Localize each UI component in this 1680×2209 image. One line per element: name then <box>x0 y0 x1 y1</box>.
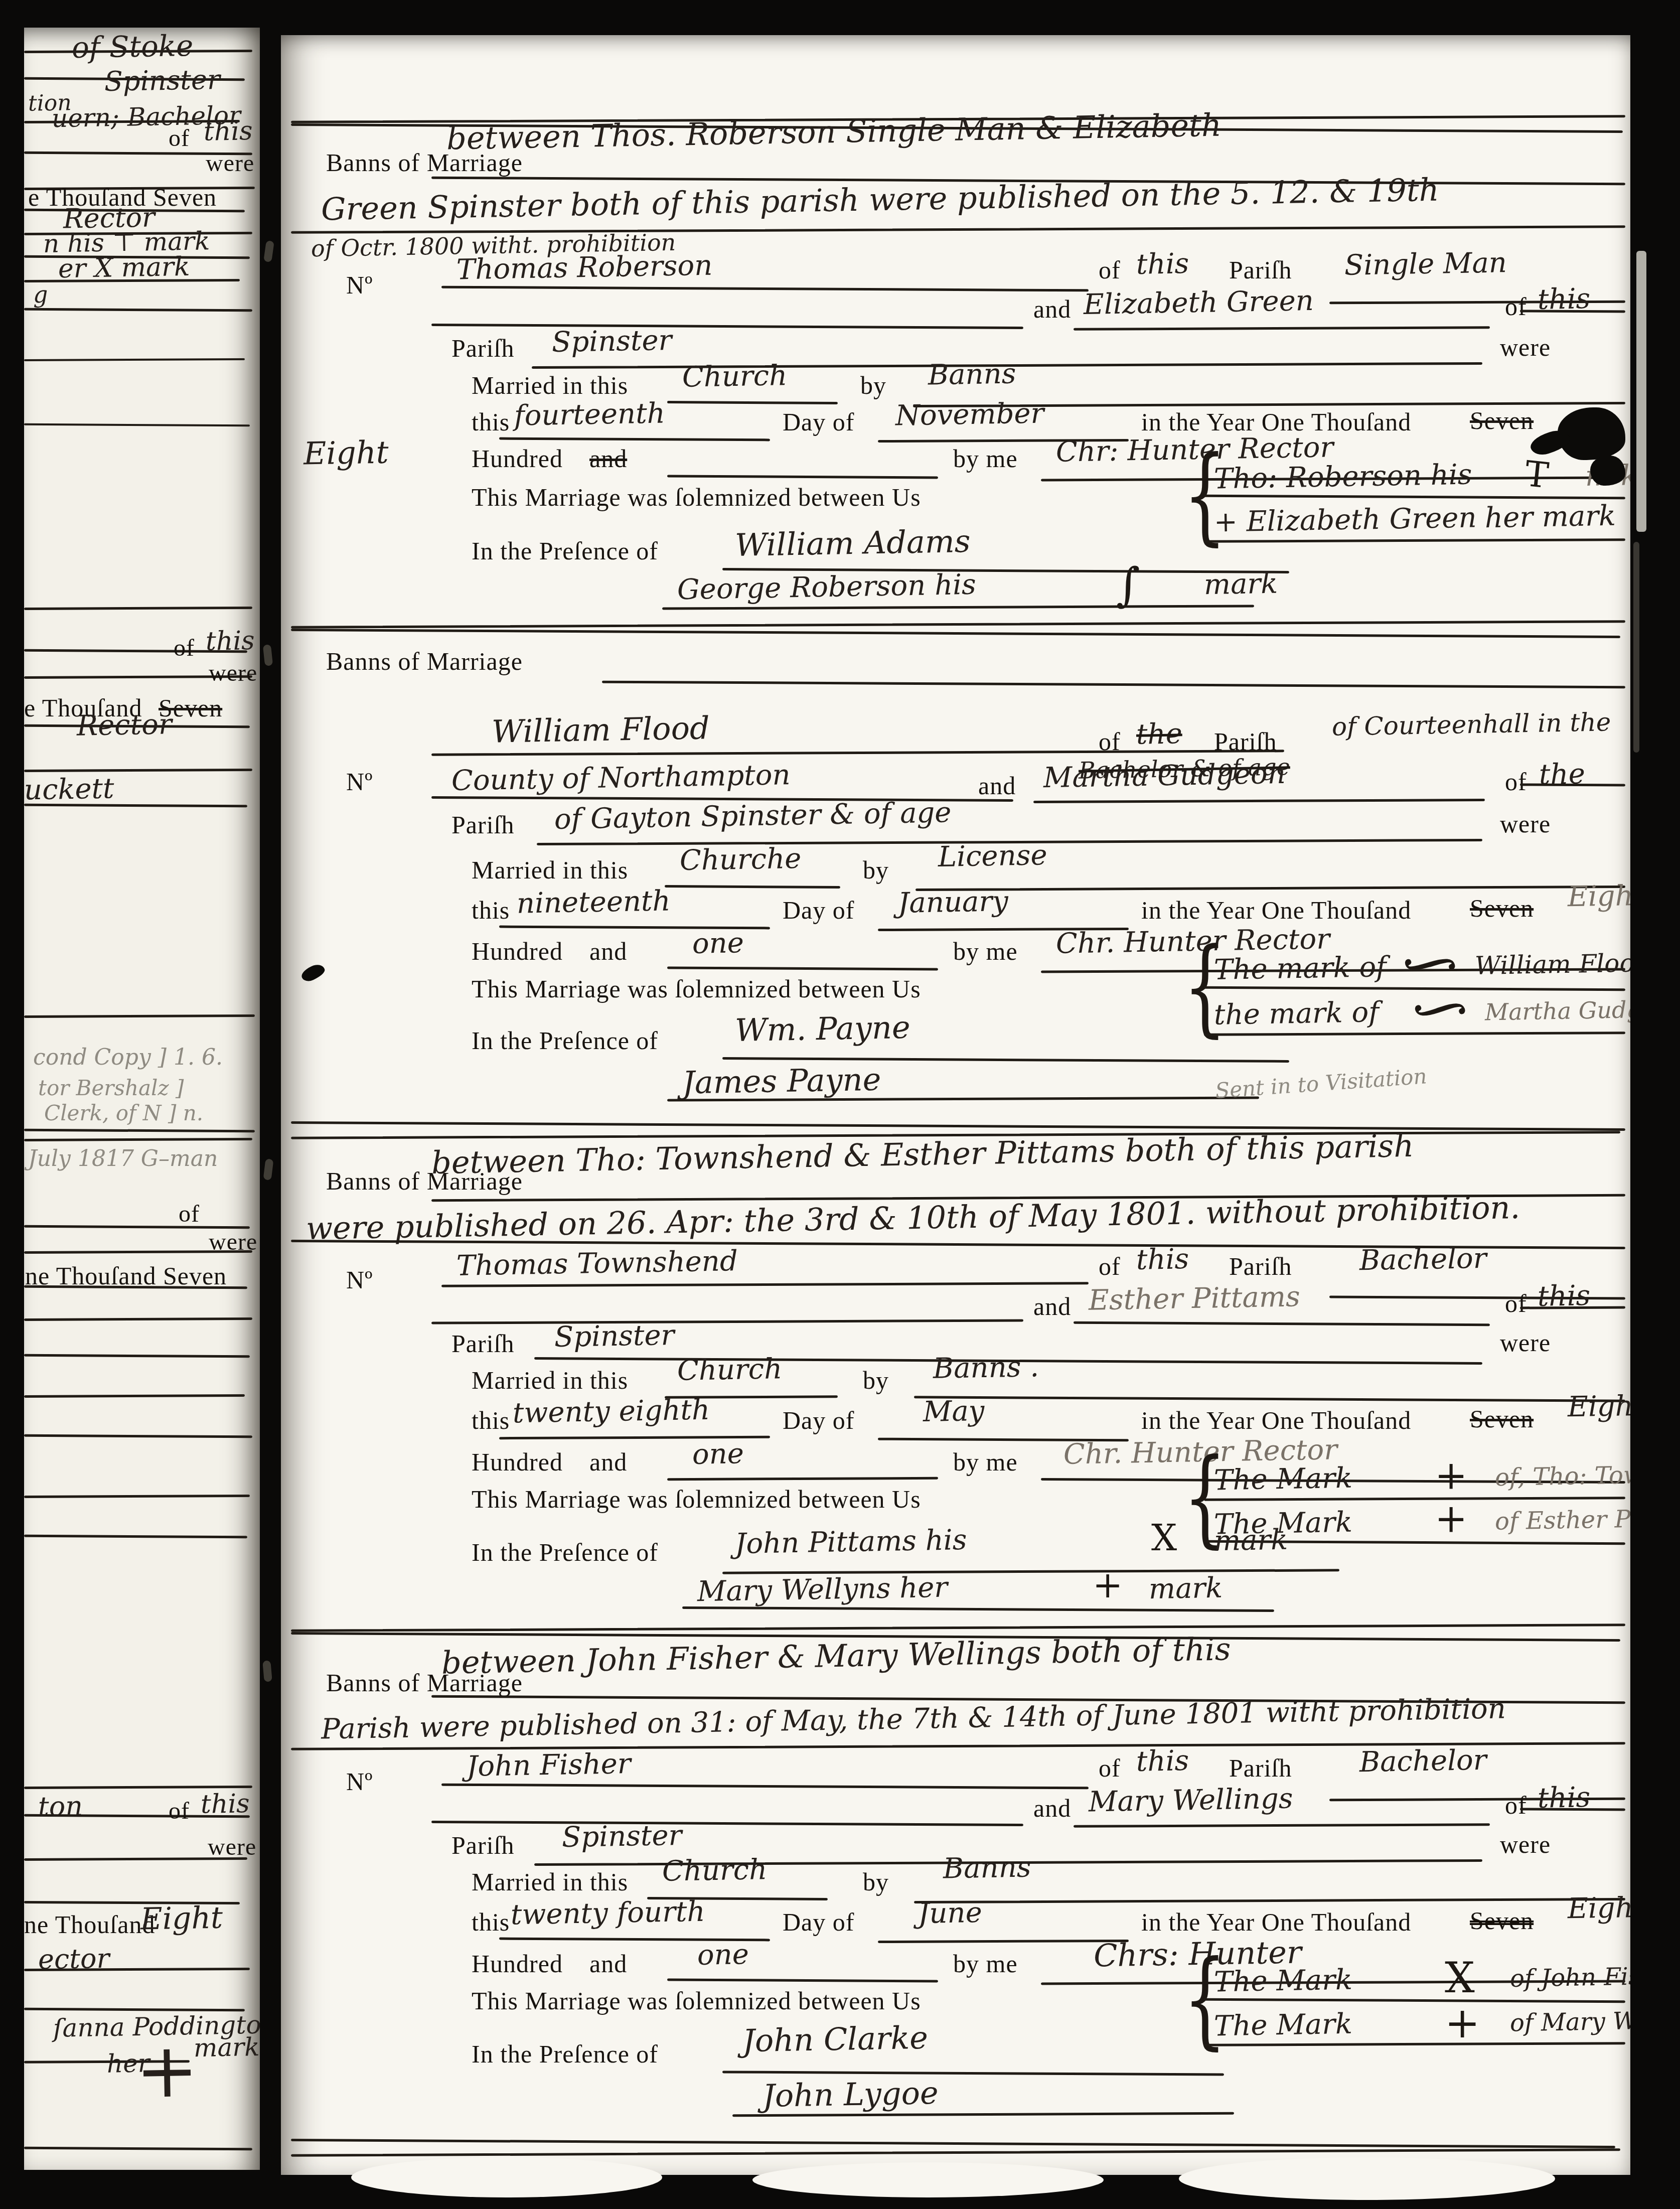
pencil-annotation: Sent in to Visitation <box>1214 1065 1428 1102</box>
entry1-were-label: were <box>1500 334 1551 361</box>
ruled-line <box>431 324 1023 329</box>
ruled-line <box>431 750 1284 756</box>
left-page-fragment: cond Copy ] 1. 6. <box>33 1046 223 1069</box>
entry2-by-label: by <box>863 857 889 883</box>
entry4-bride-name: Mary Wellings <box>1089 1784 1293 1817</box>
entry1-sig1-left: Tho: Roberson his <box>1214 461 1472 495</box>
ruled-line <box>24 1014 255 1018</box>
entry4-eight-margin: Eight <box>1567 1893 1630 1924</box>
entry2-married-by: License <box>938 841 1048 872</box>
entry2-of2-label: of <box>1505 769 1527 795</box>
left-page-fragment: ne Thouſand Seven <box>25 1263 227 1289</box>
entry2-and2-label: and <box>589 938 627 965</box>
entry1-eight-margin: Eight <box>303 436 389 470</box>
ruled-line <box>722 2071 1224 2076</box>
ruled-line <box>667 1477 938 1481</box>
left-page-fragment: ector <box>38 1945 110 1974</box>
entry4-were-label: were <box>1500 1831 1551 1858</box>
page-edge-wave <box>752 2162 1104 2197</box>
entry1-solemnized-label: This Marriage was ſolemnized between Us <box>472 484 921 511</box>
entry1-parish2-label: Pariſh <box>451 335 514 362</box>
left-page-fragment: tor Bershalz ] <box>38 1077 184 1099</box>
entry4-hundred-value: one <box>697 1940 749 1971</box>
entry1-of-label: of <box>1099 257 1121 283</box>
entry4-banns-label: Banns of Marriage <box>326 1670 523 1696</box>
entry4-header-line2: Parish were published on 31: of May, the… <box>321 1694 1506 1744</box>
entry3-hundred-value: one <box>692 1439 744 1470</box>
entry1-sig1-mark: T <box>1523 456 1550 495</box>
entry4-of-label: of <box>1099 1755 1121 1782</box>
ruled-line <box>24 358 245 361</box>
ruled-line <box>24 1535 247 1538</box>
entry2-eight-margin: Eight <box>1567 881 1630 912</box>
ruled-line <box>1520 1808 1625 1811</box>
entry2-groom-name: William Flood <box>491 711 710 748</box>
entry1-and2-label: and <box>589 446 627 472</box>
ruled-line <box>24 423 250 426</box>
ruled-line <box>682 1606 1274 1612</box>
entry3-married-label: Married in this <box>472 1367 628 1394</box>
entry2-this-label: this <box>472 897 510 924</box>
ruled-line <box>667 967 938 971</box>
entry1-day: fourteenth <box>514 399 666 431</box>
entry3-solemnized-label: This Marriage was ſolemnized between Us <box>472 1486 921 1513</box>
left-page-fragment: of <box>179 1202 200 1227</box>
entry2-day: nineteenth <box>517 887 671 919</box>
entry1-witness2-left: George Roberson his <box>677 570 977 605</box>
entry4-parish-label: Pariſh <box>1229 1755 1292 1782</box>
book-edge-highlight <box>1636 251 1646 532</box>
entry2-no-label: Nº <box>346 769 373 795</box>
ruled-line <box>1520 310 1625 313</box>
entry1-this-label: this <box>472 409 510 435</box>
ruled-line <box>667 1979 938 1983</box>
left-page-fragment: uckett <box>24 774 114 805</box>
page-bottom-rule <box>291 2139 1615 2148</box>
left-page-fragment: of <box>169 126 190 151</box>
entry3-and2-label: and <box>589 1449 627 1476</box>
entry1-parish-label: Pariſh <box>1229 257 1292 283</box>
ruled-line <box>24 1786 252 1789</box>
entry4-this-label: this <box>472 1909 510 1936</box>
ruled-line <box>24 308 252 312</box>
left-page-fragment: were <box>209 1230 257 1255</box>
ruled-line <box>1204 1497 1625 1501</box>
ruled-line <box>667 475 938 479</box>
entry2-sig1-mark: ∫ <box>1404 943 1462 984</box>
ruled-line <box>24 1129 255 1132</box>
entry4-presence-label: In the Preſence of <box>472 2041 658 2068</box>
ink-blot <box>1590 456 1625 486</box>
entry3-sig2-mark: + <box>1435 1499 1467 1540</box>
entry3-of-label: of <box>1099 1253 1121 1280</box>
entry2-groom-rest: of Courteenhall in the <box>1332 709 1611 740</box>
entry2-solemnized-label: This Marriage was ſolemnized between Us <box>472 976 921 1002</box>
entry4-hundred-label: Hundred <box>472 1951 563 1977</box>
ruled-line <box>1204 538 1625 543</box>
ruled-line <box>441 1282 1089 1287</box>
ruled-line <box>1204 986 1625 991</box>
left-page-fragment: July 1817 G–man <box>28 1147 218 1170</box>
entry4-sig1-right: of John Fisher <box>1510 1963 1630 1991</box>
entry1-married-place: Church <box>682 361 788 392</box>
book-edge-shadow <box>1633 542 1639 753</box>
entry4-bride-condition: Spinster <box>562 1821 682 1853</box>
ruled-line <box>1033 799 1485 803</box>
entry4-sig2-right: of Mary Wellings <box>1510 2007 1630 2036</box>
entry4-byme-label: by me <box>953 1951 1018 1977</box>
entry3-married-place: Church <box>677 1355 783 1386</box>
entry3-parish-label: Pariſh <box>1229 1253 1292 1280</box>
entry3-year-label: in the Year One Thouſand <box>1141 1407 1411 1434</box>
left-page-fragment: g <box>33 282 48 307</box>
ruled-line <box>667 401 838 404</box>
left-page-fragment: of <box>174 636 195 661</box>
entry2-witness1: Wm. Payne <box>734 1011 910 1047</box>
entry3-no-label: Nº <box>346 1267 373 1293</box>
left-page-fragment: Spinster <box>104 66 221 96</box>
entry1-groom-parish: this <box>1136 249 1189 280</box>
entry3-bride-condition: Spinster <box>554 1321 675 1353</box>
entry3-banns-label: Banns of Marriage <box>326 1168 523 1195</box>
entry4-sig1-mark: X <box>1445 1956 1475 2000</box>
entry1-header-line1: between Thos. Roberson Single Man & Eliz… <box>446 109 1222 155</box>
ruled-line <box>1074 326 1490 331</box>
entry2-witness2: James Payne <box>682 1063 881 1099</box>
entry2-year-struck: Seven <box>1470 895 1534 922</box>
register-page: between Thos. Roberson Single Man & Eliz… <box>281 35 1630 2175</box>
entry1-bride-condition: Spinster <box>552 326 672 358</box>
ruled-line <box>1520 1306 1625 1309</box>
entry4-groom-name: John Fisher <box>467 1749 632 1782</box>
left-page-fragment: ne Thouſand <box>24 1911 155 1938</box>
ruled-line <box>1520 783 1625 786</box>
entry3-year-struck: Seven <box>1470 1406 1534 1432</box>
entry2-bride-condition: of Gayton Spinster & of age <box>554 798 952 835</box>
entry4-no-label: Nº <box>346 1769 373 1795</box>
entry2-month: January <box>898 887 1009 919</box>
entry3-by-label: by <box>863 1367 889 1394</box>
entry2-bride-name: Martha Gudgeon <box>1043 760 1286 793</box>
entry1-presence-label: In the Preſence of <box>472 538 658 564</box>
entry4-of2-label: of <box>1505 1792 1527 1819</box>
section-rule <box>291 1121 1625 1131</box>
entry1-of2-label: of <box>1505 293 1527 320</box>
entry4-day: twenty fourth <box>511 1897 705 1931</box>
entry4-header-line1: between John Fisher & Mary Wellings both… <box>441 1633 1231 1679</box>
entry1-hundred-label: Hundred <box>472 446 563 472</box>
entry3-witness2-mark: + <box>1093 1566 1123 1604</box>
ruled-line <box>431 1821 1023 1826</box>
entry4-year-struck: Seven <box>1470 1907 1534 1934</box>
entry4-and2-label: and <box>589 1951 627 1977</box>
entry4-married-place: Church <box>662 1855 768 1886</box>
entry3-sig1-right: of, Tho: Townshend <box>1495 1461 1630 1491</box>
entry4-month: June <box>918 1898 982 1929</box>
left-page-fragment: this <box>204 117 253 145</box>
entry4-witness2: John Lygoe <box>762 2077 939 2112</box>
left-page-fragment: this <box>201 1790 250 1818</box>
ruled-line <box>24 1138 252 1141</box>
ruled-line <box>24 1317 252 1321</box>
entry4-sig2-left: The Mark <box>1214 2010 1353 2042</box>
left-page-fragment: were <box>208 1835 256 1860</box>
entry2-groom-parish: the <box>1136 719 1182 750</box>
ink-blot <box>299 962 327 984</box>
section-rule <box>291 629 1620 638</box>
entry1-byme-label: by me <box>953 446 1018 472</box>
left-page-fragment: + <box>135 2031 199 2112</box>
entry1-no-label: Nº <box>346 272 373 299</box>
binding-stitch <box>262 1660 272 1682</box>
ruled-line <box>1074 1321 1490 1326</box>
entry3-groom-parish: this <box>1136 1245 1189 1275</box>
ruled-line <box>24 1354 250 1358</box>
ruled-line <box>914 1898 1625 1903</box>
entry3-presence-label: In the Preſence of <box>472 1539 658 1566</box>
entry4-year-label: in the Year One Thouſand <box>1141 1909 1411 1936</box>
entry2-sig1-left: The mark of <box>1214 953 1387 985</box>
entry2-presence-label: In the Preſence of <box>472 1027 658 1054</box>
entry2-sig2-right: Martha Gudgeon <box>1485 997 1630 1024</box>
entry3-dayof-label: Day of <box>783 1407 854 1434</box>
page-edge-wave <box>351 2157 662 2197</box>
entry1-year-label: in the Year One Thouſand <box>1141 409 1411 435</box>
ruled-line <box>24 769 252 772</box>
entry4-and-label: and <box>1033 1795 1071 1822</box>
left-page-fragment: mark <box>194 2034 260 2061</box>
entry2-were-label: were <box>1500 811 1551 837</box>
left-page-fragment: were <box>209 661 257 686</box>
register-scan: of StokeSpinstertionuern; Bachelorofthis… <box>0 0 1680 2209</box>
entry3-month: May <box>923 1397 984 1427</box>
entry1-by-label: by <box>860 372 886 399</box>
binding-stitch <box>263 240 274 262</box>
entry2-married-label: Married in this <box>472 857 628 883</box>
entry2-sig1-right: William Flood <box>1475 950 1630 979</box>
entry3-witness1-left: John Pittams his <box>735 1526 967 1559</box>
entry3-married-by: Banns . <box>933 1353 1039 1384</box>
entry4-by-label: by <box>863 1869 889 1895</box>
page-bottom-rule <box>291 2148 1620 2157</box>
ruled-line <box>1074 1823 1490 1828</box>
entry1-witness1: William Adams <box>734 525 971 561</box>
binding-stitch <box>263 1158 274 1181</box>
ruled-line <box>24 1394 245 1398</box>
ruled-line <box>441 1784 1089 1790</box>
entry1-bride-name: Elizabeth Green <box>1084 286 1314 320</box>
entry2-byme-label: by me <box>953 938 1018 965</box>
ruled-line <box>24 607 252 610</box>
ruled-line <box>24 2147 252 2150</box>
entry2-year-label: in the Year One Thouſand <box>1141 897 1411 924</box>
entry1-banns-label: Banns of Marriage <box>326 150 523 176</box>
left-page-fragment: Clerk, of N ] n. <box>44 1102 203 1124</box>
entry1-groom-condition: Single Man <box>1344 248 1507 280</box>
entry1-and-label: and <box>1033 296 1071 323</box>
entry3-groom-name: Thomas Townshend <box>456 1247 738 1281</box>
section-rule <box>291 620 1625 629</box>
ruled-line <box>878 1940 1129 1943</box>
entry1-married-label: Married in this <box>472 372 628 399</box>
ruled-line <box>662 605 1254 610</box>
ruled-line <box>914 1396 1625 1402</box>
entry2-hundred-label: Hundred <box>472 938 563 965</box>
entry3-sig2-right: of Esther Pittams <box>1495 1505 1630 1534</box>
left-page-fragment: of Stoke <box>71 31 193 63</box>
entry3-of2-label: of <box>1505 1290 1527 1317</box>
ruled-line <box>1204 495 1625 499</box>
left-page-fragment: this <box>206 627 255 655</box>
entry4-sig2-mark: + <box>1445 2001 1480 2045</box>
left-page-fragment: of <box>169 1799 190 1824</box>
entry1-groom-name: Thomas Roberson <box>456 251 713 285</box>
page-edge-wave <box>1179 2157 1555 2200</box>
ink-blot <box>1558 407 1625 460</box>
entry3-byme-label: by me <box>953 1449 1018 1476</box>
entry3-bride-name: Esther Pittams <box>1089 1282 1301 1315</box>
entry1-year-struck: Seven <box>1470 407 1534 434</box>
entry2-sig2-mark: ∫ <box>1414 987 1472 1030</box>
entry3-witness2-right: mark <box>1148 1574 1223 1604</box>
left-page-fragment: er X mark <box>58 253 190 283</box>
entry3-sig1-mark: + <box>1435 1456 1467 1497</box>
left-page-fragment: ton <box>38 1792 83 1821</box>
ruled-line <box>1204 2042 1625 2046</box>
entry4-witness1: John Clarke <box>742 2021 928 2057</box>
entry4-groom-condition: Bachelor <box>1359 1746 1487 1778</box>
ruled-line <box>24 1434 252 1438</box>
entry1-witness2-mark: ∫ <box>1116 561 1140 610</box>
left-page-fragment: were <box>206 151 254 176</box>
entry4-dayof-label: Day of <box>783 1909 854 1936</box>
entry2-dayof-label: Day of <box>783 897 854 924</box>
ruled-line <box>441 286 1089 292</box>
entry1-sig2-left: + Elizabeth Green <box>1214 503 1477 537</box>
entry3-witness2-left: Mary Wellyns her <box>697 1573 948 1607</box>
ruled-line <box>24 1495 250 1498</box>
entry3-and-label: and <box>1033 1293 1071 1320</box>
binding-stitch <box>263 644 273 666</box>
entry3-parish2-label: Pariſh <box>451 1331 514 1357</box>
entry3-witness1-right: mark <box>1213 1526 1288 1556</box>
entry2-groom-line2: County of Northampton <box>451 761 791 796</box>
ruled-line <box>602 681 1625 689</box>
entry4-groom-parish: this <box>1136 1746 1189 1777</box>
entry3-eight-margin: Eight <box>1567 1392 1630 1422</box>
entry1-dayof-label: Day of <box>783 409 854 435</box>
entry4-solemnized-label: This Marriage was ſolemnized between Us <box>472 1988 921 2014</box>
ruled-line <box>431 1319 1023 1324</box>
entry2-and-label: and <box>978 773 1016 799</box>
entry3-groom-condition: Bachelor <box>1359 1244 1487 1276</box>
left-page-fragment: Eight <box>140 1902 223 1936</box>
ruled-line <box>499 437 770 441</box>
entry2-sig2-left: the mark of <box>1214 998 1380 1030</box>
entry4-married-label: Married in this <box>472 1869 628 1895</box>
entry3-hundred-label: Hundred <box>472 1449 563 1476</box>
entry1-header-line2: Green Spinster both of this parish were … <box>321 174 1440 226</box>
entry3-were-label: were <box>1500 1330 1551 1356</box>
entry4-sig1-left: The Mark <box>1214 1966 1353 1998</box>
left-page-fragment: Rector <box>77 710 173 741</box>
entry2-hundred-value: one <box>692 929 744 959</box>
ruled-line <box>915 886 1625 891</box>
entry3-sig1-left: The Mark <box>1214 1464 1353 1496</box>
ruled-line <box>1204 1032 1625 1036</box>
entry1-month: November <box>895 399 1044 431</box>
entry3-day: twenty eighth <box>513 1396 710 1429</box>
entry3-this-label: this <box>472 1407 510 1434</box>
entry3-witness1-mark: X <box>1151 1519 1177 1557</box>
entry4-parish2-label: Pariſh <box>451 1832 514 1859</box>
entry2-banns-label: Banns of Marriage <box>326 648 523 675</box>
entry1-married-by: Banns <box>928 359 1016 390</box>
entry1-sig2-right: her mark <box>1485 502 1616 533</box>
section-rule <box>291 1624 1625 1632</box>
ruled-line <box>665 885 840 889</box>
entry2-married-place: Churche <box>680 844 802 876</box>
entry1-witness2-right: mark <box>1203 569 1278 600</box>
entry2-parish2-label: Pariſh <box>451 812 514 838</box>
entry4-married-by: Banns <box>943 1853 1031 1884</box>
left-page-strip: of StokeSpinstertionuern; Bachelorofthis… <box>24 28 260 2170</box>
ruled-line <box>1204 1998 1625 2003</box>
